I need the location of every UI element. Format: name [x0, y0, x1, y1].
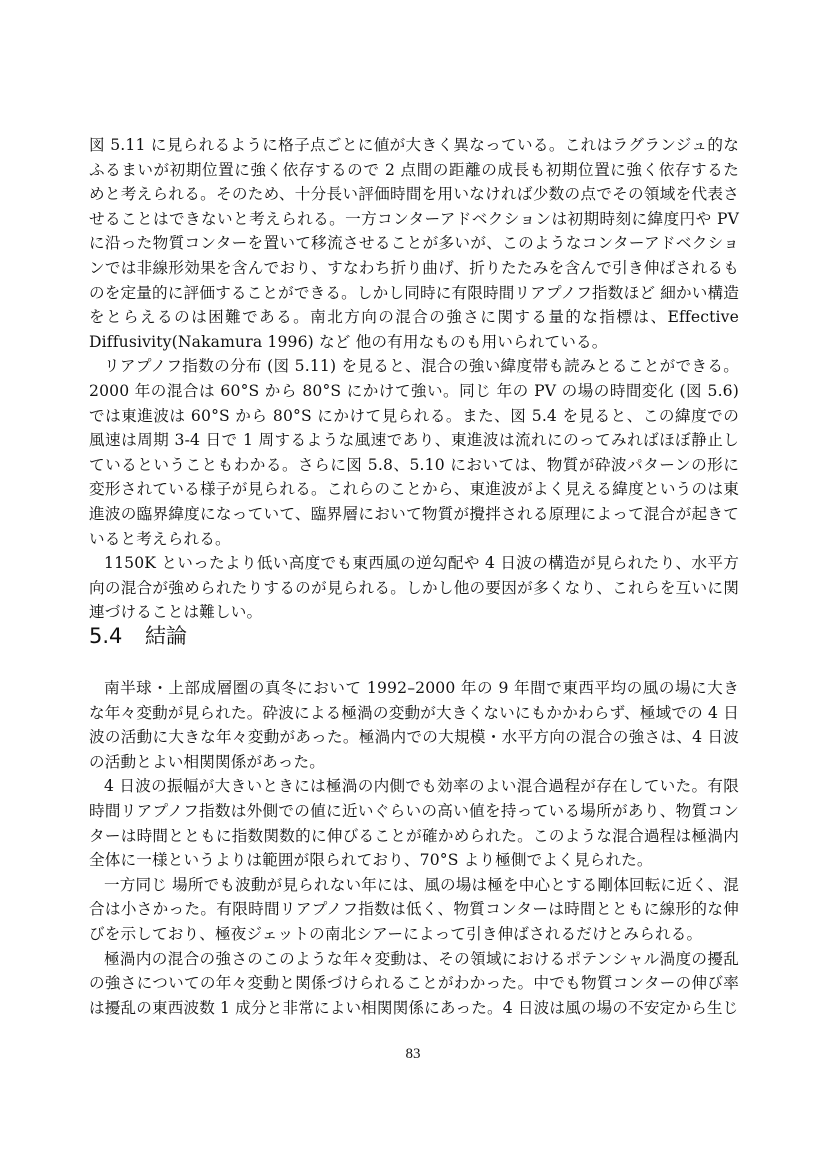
conclusion-paragraph-1: 南半球・上部成層圏の真冬において 1992–2000 年の 9 年間で東西平均の… [89, 676, 739, 774]
conclusion-body: 南半球・上部成層圏の真冬において 1992–2000 年の 9 年間で東西平均の… [89, 676, 739, 1020]
section-heading: 5.4結論 [89, 621, 187, 651]
conclusion-paragraph-4: 極渦内の混合の強さのこのような年々変動は、その領域におけるポテンシャル渦度の擾乱… [89, 947, 739, 1021]
section-title: 結論 [145, 624, 187, 648]
paragraph-lagrangian-discussion: 図 5.11 に見られるように格子点ごとに値が大きく異なっている。これはラグラン… [89, 133, 739, 354]
conclusion-paragraph-3: 一方同じ 場所でも波動が見られない年には、風の場は極を中心とする剛体回転に近く、… [89, 873, 739, 947]
section-number: 5.4 [89, 621, 145, 651]
conclusion-paragraph-2: 4 日波の振幅が大きいときには極渦の内側でも効率のよい混合過程が存在していた。有… [89, 774, 739, 872]
paragraph-lower-altitude: 1150K といったより低い高度でも東西風の逆勾配や 4 日波の構造が見られたり… [89, 551, 739, 625]
body-text-before-section: 図 5.11 に見られるように格子点ごとに値が大きく異なっている。これはラグラン… [89, 133, 739, 625]
paragraph-lyapunov-distribution: リアプノフ指数の分布 (図 5.11) を見ると、混合の強い緯度帯も読みとること… [89, 354, 739, 551]
page-number: 83 [0, 1046, 826, 1063]
